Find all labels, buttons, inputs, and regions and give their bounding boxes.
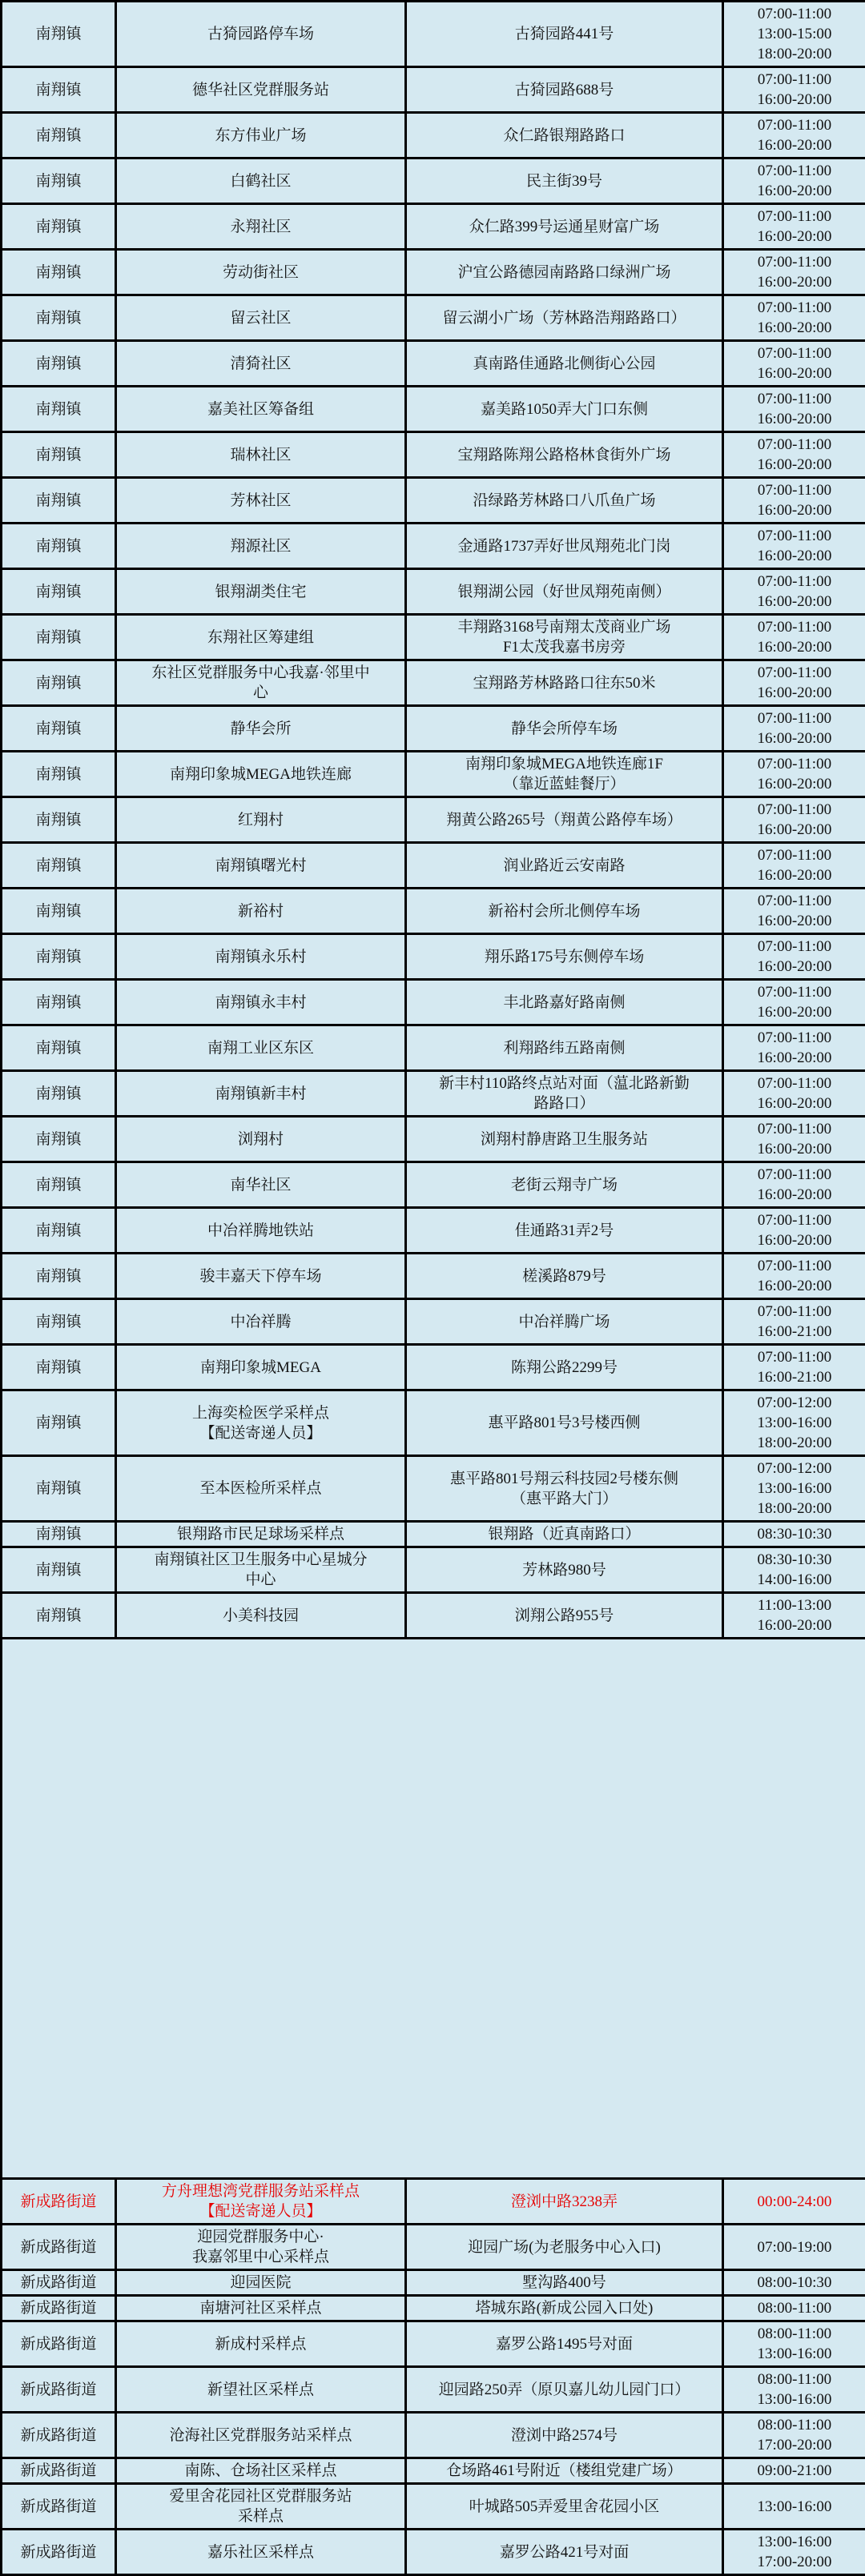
times-cell: 07:00-11:00 16:00-20:00 <box>723 524 865 569</box>
times-cell: 11:00-13:00 16:00-20:00 <box>723 1593 865 1639</box>
table-row: 南翔镇 至本医检所采样点 惠平路801号翔云科技园2号楼东侧 （惠平路大门） 0… <box>2 1456 865 1522</box>
address-cell: 银翔湖公园（好世凤翔苑南侧） <box>406 569 723 615</box>
site-name-cell: 中冶祥腾 <box>116 1299 406 1345</box>
times-cell: 07:00-11:00 16:00-20:00 <box>723 980 865 1025</box>
times-cell: 07:00-11:00 16:00-20:00 <box>723 250 865 295</box>
times-cell: 07:00-11:00 16:00-20:00 <box>723 204 865 250</box>
site-name-cell: 南翔镇曙光村 <box>116 843 406 889</box>
table-row: 南翔镇 清猗社区 真南路佳通路北侧街心公园 07:00-11:00 16:00-… <box>2 341 865 387</box>
district-cell: 南翔镇 <box>2 752 116 797</box>
table-row: 新成路街道 新成村采样点 嘉罗公路1495号对面 08:00-11:00 13:… <box>2 2321 865 2367</box>
district-cell: 南翔镇 <box>2 250 116 295</box>
times-cell: 07:00-11:00 16:00-21:00 <box>723 1345 865 1390</box>
times-cell: 07:00-11:00 16:00-20:00 <box>723 478 865 524</box>
district-cell: 新成路街道 <box>2 2321 116 2367</box>
address-cell: 塔城东路(新成公园入口处) <box>406 2296 723 2321</box>
address-cell: 仓场路461号附近（楼组党建广场） <box>406 2458 723 2484</box>
table-row: 新成路街道 嘉乐社区采样点 嘉罗公路421号对面 13:00-16:00 17:… <box>2 2530 865 2575</box>
site-name-cell: 嘉乐社区采样点 <box>116 2530 406 2575</box>
district-cell: 南翔镇 <box>2 158 116 204</box>
district-cell: 新成路街道 <box>2 2225 116 2270</box>
address-cell: 静华会所停车场 <box>406 706 723 752</box>
site-name-cell: 浏翔村 <box>116 1117 406 1162</box>
site-name-cell: 留云社区 <box>116 295 406 341</box>
times-cell: 08:30-10:30 <box>723 1522 865 1547</box>
district-cell: 南翔镇 <box>2 432 116 478</box>
times-cell: 13:00-16:00 <box>723 2484 865 2530</box>
address-cell: 翔乐路175号东侧停车场 <box>406 934 723 980</box>
site-name-cell: 东社区党群服务中心我嘉·邻里中 心 <box>116 660 406 706</box>
times-cell: 08:30-10:30 14:00-16:00 <box>723 1547 865 1593</box>
times-cell: 07:00-11:00 16:00-20:00 <box>723 660 865 706</box>
table-row: 新成路街道 迎园医院 墅沟路400号 08:00-10:30 <box>2 2270 865 2296</box>
times-cell: 07:00-11:00 16:00-20:00 <box>723 158 865 204</box>
district-cell: 新成路街道 <box>2 2179 116 2225</box>
site-name-cell: 南翔镇社区卫生服务中心星城分 中心 <box>116 1547 406 1593</box>
table-row: 南翔镇 浏翔村 浏翔村静唐路卫生服务站 07:00-11:00 16:00-20… <box>2 1117 865 1162</box>
site-name-cell: 清猗社区 <box>116 341 406 387</box>
address-cell: 佳通路31弄2号 <box>406 1208 723 1254</box>
site-name-cell: 翔源社区 <box>116 524 406 569</box>
site-name-cell: 上海奕检医学采样点 【配送寄递人员】 <box>116 1390 406 1456</box>
site-name-cell: 新裕村 <box>116 889 406 934</box>
district-cell: 南翔镇 <box>2 478 116 524</box>
times-cell: 07:00-11:00 16:00-20:00 <box>723 615 865 660</box>
site-name-cell: 沧海社区党群服务站采样点 <box>116 2413 406 2458</box>
address-cell: 叶城路505弄爱里舍花园小区 <box>406 2484 723 2530</box>
table-row: 南翔镇 留云社区 留云湖小广场（芳林路浩翔路路口） 07:00-11:00 16… <box>2 295 865 341</box>
times-cell: 08:00-11:00 13:00-16:00 <box>723 2367 865 2413</box>
times-cell: 07:00-11:00 16:00-20:00 <box>723 387 865 432</box>
site-name-cell: 东翔社区筹建组 <box>116 615 406 660</box>
address-cell: 沪宜公路德园南路路口绿洲广场 <box>406 250 723 295</box>
district-cell: 南翔镇 <box>2 934 116 980</box>
site-name-cell: 南翔镇永乐村 <box>116 934 406 980</box>
times-cell: 07:00-11:00 16:00-20:00 <box>723 341 865 387</box>
site-name-cell: 迎园党群服务中心· 我嘉邻里中心采样点 <box>116 2225 406 2270</box>
district-cell: 新成路街道 <box>2 2367 116 2413</box>
district-cell: 南翔镇 <box>2 1547 116 1593</box>
site-name-cell: 红翔村 <box>116 797 406 843</box>
district-cell: 南翔镇 <box>2 204 116 250</box>
table-row: 南翔镇 东社区党群服务中心我嘉·邻里中 心 宝翔路芳林路路口往东50米 07:0… <box>2 660 865 706</box>
site-name-cell: 南陈、仓场社区采样点 <box>116 2458 406 2484</box>
district-cell: 南翔镇 <box>2 1025 116 1071</box>
site-name-cell: 南塘河社区采样点 <box>116 2296 406 2321</box>
district-cell: 南翔镇 <box>2 569 116 615</box>
site-name-cell: 南翔镇永丰村 <box>116 980 406 1025</box>
times-cell: 07:00-11:00 16:00-20:00 <box>723 432 865 478</box>
table-row: 南翔镇 中冶祥腾 中冶祥腾广场 07:00-11:00 16:00-21:00 <box>2 1299 865 1345</box>
address-cell: 槎溪路879号 <box>406 1254 723 1299</box>
table-row: 南翔镇 南翔镇曙光村 润业路近云安南路 07:00-11:00 16:00-20… <box>2 843 865 889</box>
times-cell: 00:00-24:00 <box>723 2179 865 2225</box>
site-name-cell: 芳林社区 <box>116 478 406 524</box>
site-name-cell: 银翔湖类住宅 <box>116 569 406 615</box>
times-cell: 07:00-11:00 16:00-20:00 <box>723 1208 865 1254</box>
address-cell: 惠平路801号3号楼西侧 <box>406 1390 723 1456</box>
table-row: 南翔镇 翔源社区 金通路1737弄好世凤翔苑北门岗 07:00-11:00 16… <box>2 524 865 569</box>
times-cell: 07:00-11:00 16:00-21:00 <box>723 1299 865 1345</box>
table-row: 南翔镇 劳动街社区 沪宜公路德园南路路口绿洲广场 07:00-11:00 16:… <box>2 250 865 295</box>
table-row: 南翔镇 南翔镇社区卫生服务中心星城分 中心 芳林路980号 08:30-10:3… <box>2 1547 865 1593</box>
district-cell: 南翔镇 <box>2 1390 116 1456</box>
table-row: 南翔镇 古猗园路停车场 古猗园路441号 07:00-11:00 13:00-1… <box>2 2 865 67</box>
site-name-cell: 银翔路市民足球场采样点 <box>116 1522 406 1547</box>
district-cell: 南翔镇 <box>2 1117 116 1162</box>
times-cell: 08:00-11:00 13:00-16:00 <box>723 2321 865 2367</box>
address-cell: 浏翔村静唐路卫生服务站 <box>406 1117 723 1162</box>
site-name-cell: 静华会所 <box>116 706 406 752</box>
table-row: 南翔镇 银翔路市民足球场采样点 银翔路（近真南路口） 08:30-10:30 <box>2 1522 865 1547</box>
district-cell: 南翔镇 <box>2 524 116 569</box>
times-cell: 07:00-11:00 16:00-20:00 <box>723 569 865 615</box>
address-cell: 迎园路250弄（原贝嘉儿幼儿园门口） <box>406 2367 723 2413</box>
times-cell: 08:00-11:00 <box>723 2296 865 2321</box>
address-cell: 南翔印象城MEGA地铁连廊1F （靠近蓝蛙餐厅） <box>406 752 723 797</box>
district-cell: 南翔镇 <box>2 113 116 158</box>
district-cell: 南翔镇 <box>2 295 116 341</box>
table-row: 南翔镇 芳林社区 沿绿路芳林路口八爪鱼广场 07:00-11:00 16:00-… <box>2 478 865 524</box>
table-row: 南翔镇 南华社区 老街云翔寺广场 07:00-11:00 16:00-20:00 <box>2 1162 865 1208</box>
table-row: 南翔镇 东方伟业广场 众仁路银翔路路口 07:00-11:00 16:00-20… <box>2 113 865 158</box>
site-name-cell: 新望社区采样点 <box>116 2367 406 2413</box>
district-cell: 南翔镇 <box>2 1071 116 1117</box>
times-cell: 07:00-11:00 16:00-20:00 <box>723 1071 865 1117</box>
table-row: 南翔镇 白鹤社区 民主街39号 07:00-11:00 16:00-20:00 <box>2 158 865 204</box>
site-name-cell: 骏丰嘉天下停车场 <box>116 1254 406 1299</box>
table-row: 南翔镇 东翔社区筹建组 丰翔路3168号南翔太茂商业广场 F1太茂我嘉书房旁 0… <box>2 615 865 660</box>
site-name-cell: 永翔社区 <box>116 204 406 250</box>
address-cell: 古猗园路441号 <box>406 2 723 67</box>
district-cell: 南翔镇 <box>2 2 116 67</box>
address-cell: 陈翔公路2299号 <box>406 1345 723 1390</box>
address-cell: 澄浏中路3238弄 <box>406 2179 723 2225</box>
times-cell: 07:00-11:00 16:00-20:00 <box>723 934 865 980</box>
table-row: 南翔镇 嘉美社区筹备组 嘉美路1050弄大门口东侧 07:00-11:00 16… <box>2 387 865 432</box>
table-row: 南翔镇 德华社区党群服务站 古猗园路688号 07:00-11:00 16:00… <box>2 67 865 113</box>
address-cell: 新丰村110路终点站对面（蕰北路新勤 路路口） <box>406 1071 723 1117</box>
table-row: 新成路街道 爱里舍花园社区党群服务站 采样点 叶城路505弄爱里舍花园小区 13… <box>2 2484 865 2530</box>
site-name-cell: 中冶祥腾地铁站 <box>116 1208 406 1254</box>
times-cell: 07:00-11:00 16:00-20:00 <box>723 67 865 113</box>
address-cell: 润业路近云安南路 <box>406 843 723 889</box>
times-cell: 07:00-11:00 16:00-20:00 <box>723 797 865 843</box>
table-row: 南翔镇 南翔镇永丰村 丰北路嘉好路南侧 07:00-11:00 16:00-20… <box>2 980 865 1025</box>
table-row: 南翔镇 中冶祥腾地铁站 佳通路31弄2号 07:00-11:00 16:00-2… <box>2 1208 865 1254</box>
table-row: 南翔镇 南翔印象城MEGA地铁连廊 南翔印象城MEGA地铁连廊1F （靠近蓝蛙餐… <box>2 752 865 797</box>
table-row: 南翔镇 南翔镇永乐村 翔乐路175号东侧停车场 07:00-11:00 16:0… <box>2 934 865 980</box>
table-row: 新成路街道 南陈、仓场社区采样点 仓场路461号附近（楼组党建广场） 09:00… <box>2 2458 865 2484</box>
address-cell: 留云湖小广场（芳林路浩翔路路口） <box>406 295 723 341</box>
site-name-cell: 南翔印象城MEGA <box>116 1345 406 1390</box>
address-cell: 宝翔路陈翔公路格林食街外广场 <box>406 432 723 478</box>
site-name-cell: 南翔镇新丰村 <box>116 1071 406 1117</box>
table-row: 新成路街道 沧海社区党群服务站采样点 澄浏中路2574号 08:00-11:00… <box>2 2413 865 2458</box>
site-name-cell: 东方伟业广场 <box>116 113 406 158</box>
times-cell: 07:00-11:00 16:00-20:00 <box>723 889 865 934</box>
times-cell: 07:00-19:00 <box>723 2225 865 2270</box>
site-name-cell: 迎园医院 <box>116 2270 406 2296</box>
district-cell: 南翔镇 <box>2 1593 116 1639</box>
address-cell: 嘉美路1050弄大门口东侧 <box>406 387 723 432</box>
table-row: 南翔镇 永翔社区 众仁路399号运通星财富广场 07:00-11:00 16:0… <box>2 204 865 250</box>
site-name-cell: 瑞林社区 <box>116 432 406 478</box>
site-name-cell: 新成村采样点 <box>116 2321 406 2367</box>
district-cell: 南翔镇 <box>2 1456 116 1522</box>
address-cell: 众仁路银翔路路口 <box>406 113 723 158</box>
table-row: 南翔镇 红翔村 翔黄公路265号（翔黄公路停车场） 07:00-11:00 16… <box>2 797 865 843</box>
times-cell: 07:00-11:00 16:00-20:00 <box>723 1162 865 1208</box>
table-row: 南翔镇 静华会所 静华会所停车场 07:00-11:00 16:00-20:00 <box>2 706 865 752</box>
address-cell: 中冶祥腾广场 <box>406 1299 723 1345</box>
address-cell: 浏翔公路955号 <box>406 1593 723 1639</box>
site-name-cell: 爱里舍花园社区党群服务站 采样点 <box>116 2484 406 2530</box>
district-cell: 南翔镇 <box>2 1345 116 1390</box>
site-name-cell: 小美科技园 <box>116 1593 406 1639</box>
table-row: 新成路街道 南塘河社区采样点 塔城东路(新成公园入口处) 08:00-11:00 <box>2 2296 865 2321</box>
times-cell: 07:00-11:00 16:00-20:00 <box>723 1025 865 1071</box>
sampling-sites-body: 南翔镇 古猗园路停车场 古猗园路441号 07:00-11:00 13:00-1… <box>2 2 865 2575</box>
times-cell: 09:00-21:00 <box>723 2458 865 2484</box>
district-cell: 南翔镇 <box>2 660 116 706</box>
times-cell: 07:00-11:00 16:00-20:00 <box>723 295 865 341</box>
address-cell: 真南路佳通路北侧街心公园 <box>406 341 723 387</box>
times-cell: 08:00-10:30 <box>723 2270 865 2296</box>
site-name-cell: 南翔工业区东区 <box>116 1025 406 1071</box>
address-cell: 墅沟路400号 <box>406 2270 723 2296</box>
table-row: 新成路街道 迎园党群服务中心· 我嘉邻里中心采样点 迎园广场(为老服务中心入口)… <box>2 2225 865 2270</box>
address-cell: 新裕村会所北侧停车场 <box>406 889 723 934</box>
district-cell: 新成路街道 <box>2 2484 116 2530</box>
address-cell: 丰北路嘉好路南侧 <box>406 980 723 1025</box>
redacted-block <box>2 1639 865 2179</box>
times-cell: 07:00-11:00 16:00-20:00 <box>723 752 865 797</box>
site-name-cell: 南华社区 <box>116 1162 406 1208</box>
address-cell: 古猗园路688号 <box>406 67 723 113</box>
district-cell: 南翔镇 <box>2 889 116 934</box>
times-cell: 08:00-11:00 17:00-20:00 <box>723 2413 865 2458</box>
table-row: 南翔镇 骏丰嘉天下停车场 槎溪路879号 07:00-11:00 16:00-2… <box>2 1254 865 1299</box>
times-cell: 07:00-11:00 16:00-20:00 <box>723 1117 865 1162</box>
site-name-cell: 方舟理想湾党群服务站采样点 【配送寄递人员】 <box>116 2179 406 2225</box>
site-name-cell: 古猗园路停车场 <box>116 2 406 67</box>
times-cell: 07:00-11:00 16:00-20:00 <box>723 113 865 158</box>
district-cell: 新成路街道 <box>2 2458 116 2484</box>
address-cell: 众仁路399号运通星财富广场 <box>406 204 723 250</box>
times-cell: 07:00-11:00 16:00-20:00 <box>723 843 865 889</box>
sampling-sites-table: 南翔镇 古猗园路停车场 古猗园路441号 07:00-11:00 13:00-1… <box>0 0 865 2576</box>
site-name-cell: 南翔印象城MEGA地铁连廊 <box>116 752 406 797</box>
address-cell: 宝翔路芳林路路口往东50米 <box>406 660 723 706</box>
address-cell: 惠平路801号翔云科技园2号楼东侧 （惠平路大门） <box>406 1456 723 1522</box>
address-cell: 利翔路纬五路南侧 <box>406 1025 723 1071</box>
address-cell: 老街云翔寺广场 <box>406 1162 723 1208</box>
address-cell: 迎园广场(为老服务中心入口) <box>406 2225 723 2270</box>
table-row: 南翔镇 上海奕检医学采样点 【配送寄递人员】 惠平路801号3号楼西侧 07:0… <box>2 1390 865 1456</box>
times-cell: 07:00-12:00 13:00-16:00 18:00-20:00 <box>723 1390 865 1456</box>
address-cell: 沿绿路芳林路口八爪鱼广场 <box>406 478 723 524</box>
table-row: 南翔镇 银翔湖类住宅 银翔湖公园（好世凤翔苑南侧） 07:00-11:00 16… <box>2 569 865 615</box>
site-name-cell: 白鹤社区 <box>116 158 406 204</box>
table-row: 新成路街道 方舟理想湾党群服务站采样点 【配送寄递人员】 澄浏中路3238弄 0… <box>2 2179 865 2225</box>
district-cell: 新成路街道 <box>2 2270 116 2296</box>
address-cell: 翔黄公路265号（翔黄公路停车场） <box>406 797 723 843</box>
site-name-cell: 嘉美社区筹备组 <box>116 387 406 432</box>
table-row: 南翔镇 新裕村 新裕村会所北侧停车场 07:00-11:00 16:00-20:… <box>2 889 865 934</box>
site-name-cell: 德华社区党群服务站 <box>116 67 406 113</box>
address-cell: 丰翔路3168号南翔太茂商业广场 F1太茂我嘉书房旁 <box>406 615 723 660</box>
address-cell: 银翔路（近真南路口） <box>406 1522 723 1547</box>
district-cell: 南翔镇 <box>2 980 116 1025</box>
site-name-cell: 至本医检所采样点 <box>116 1456 406 1522</box>
table-row: 新成路街道 新望社区采样点 迎园路250弄（原贝嘉儿幼儿园门口） 08:00-1… <box>2 2367 865 2413</box>
times-cell: 07:00-11:00 16:00-20:00 <box>723 1254 865 1299</box>
district-cell: 南翔镇 <box>2 843 116 889</box>
times-cell: 13:00-16:00 17:00-20:00 <box>723 2530 865 2575</box>
district-cell: 新成路街道 <box>2 2530 116 2575</box>
address-cell: 嘉罗公路1495号对面 <box>406 2321 723 2367</box>
district-cell: 南翔镇 <box>2 797 116 843</box>
address-cell: 民主街39号 <box>406 158 723 204</box>
district-cell: 南翔镇 <box>2 1254 116 1299</box>
district-cell: 南翔镇 <box>2 1208 116 1254</box>
times-cell: 07:00-12:00 13:00-16:00 18:00-20:00 <box>723 1456 865 1522</box>
table-row: 南翔镇 南翔工业区东区 利翔路纬五路南侧 07:00-11:00 16:00-2… <box>2 1025 865 1071</box>
table-row: 南翔镇 瑞林社区 宝翔路陈翔公路格林食街外广场 07:00-11:00 16:0… <box>2 432 865 478</box>
table-row: 南翔镇 小美科技园 浏翔公路955号 11:00-13:00 16:00-20:… <box>2 1593 865 1639</box>
district-cell: 南翔镇 <box>2 1299 116 1345</box>
district-cell: 南翔镇 <box>2 1522 116 1547</box>
table-row: 南翔镇 南翔镇新丰村 新丰村110路终点站对面（蕰北路新勤 路路口） 07:00… <box>2 1071 865 1117</box>
times-cell: 07:00-11:00 16:00-20:00 <box>723 706 865 752</box>
times-cell: 07:00-11:00 13:00-15:00 18:00-20:00 <box>723 2 865 67</box>
site-name-cell: 劳动街社区 <box>116 250 406 295</box>
district-cell: 南翔镇 <box>2 706 116 752</box>
redacted-row <box>2 1639 865 2179</box>
district-cell: 南翔镇 <box>2 615 116 660</box>
address-cell: 嘉罗公路421号对面 <box>406 2530 723 2575</box>
address-cell: 芳林路980号 <box>406 1547 723 1593</box>
table-row: 南翔镇 南翔印象城MEGA 陈翔公路2299号 07:00-11:00 16:0… <box>2 1345 865 1390</box>
district-cell: 新成路街道 <box>2 2413 116 2458</box>
district-cell: 南翔镇 <box>2 341 116 387</box>
address-cell: 金通路1737弄好世凤翔苑北门岗 <box>406 524 723 569</box>
district-cell: 南翔镇 <box>2 387 116 432</box>
address-cell: 澄浏中路2574号 <box>406 2413 723 2458</box>
district-cell: 南翔镇 <box>2 67 116 113</box>
district-cell: 新成路街道 <box>2 2296 116 2321</box>
district-cell: 南翔镇 <box>2 1162 116 1208</box>
